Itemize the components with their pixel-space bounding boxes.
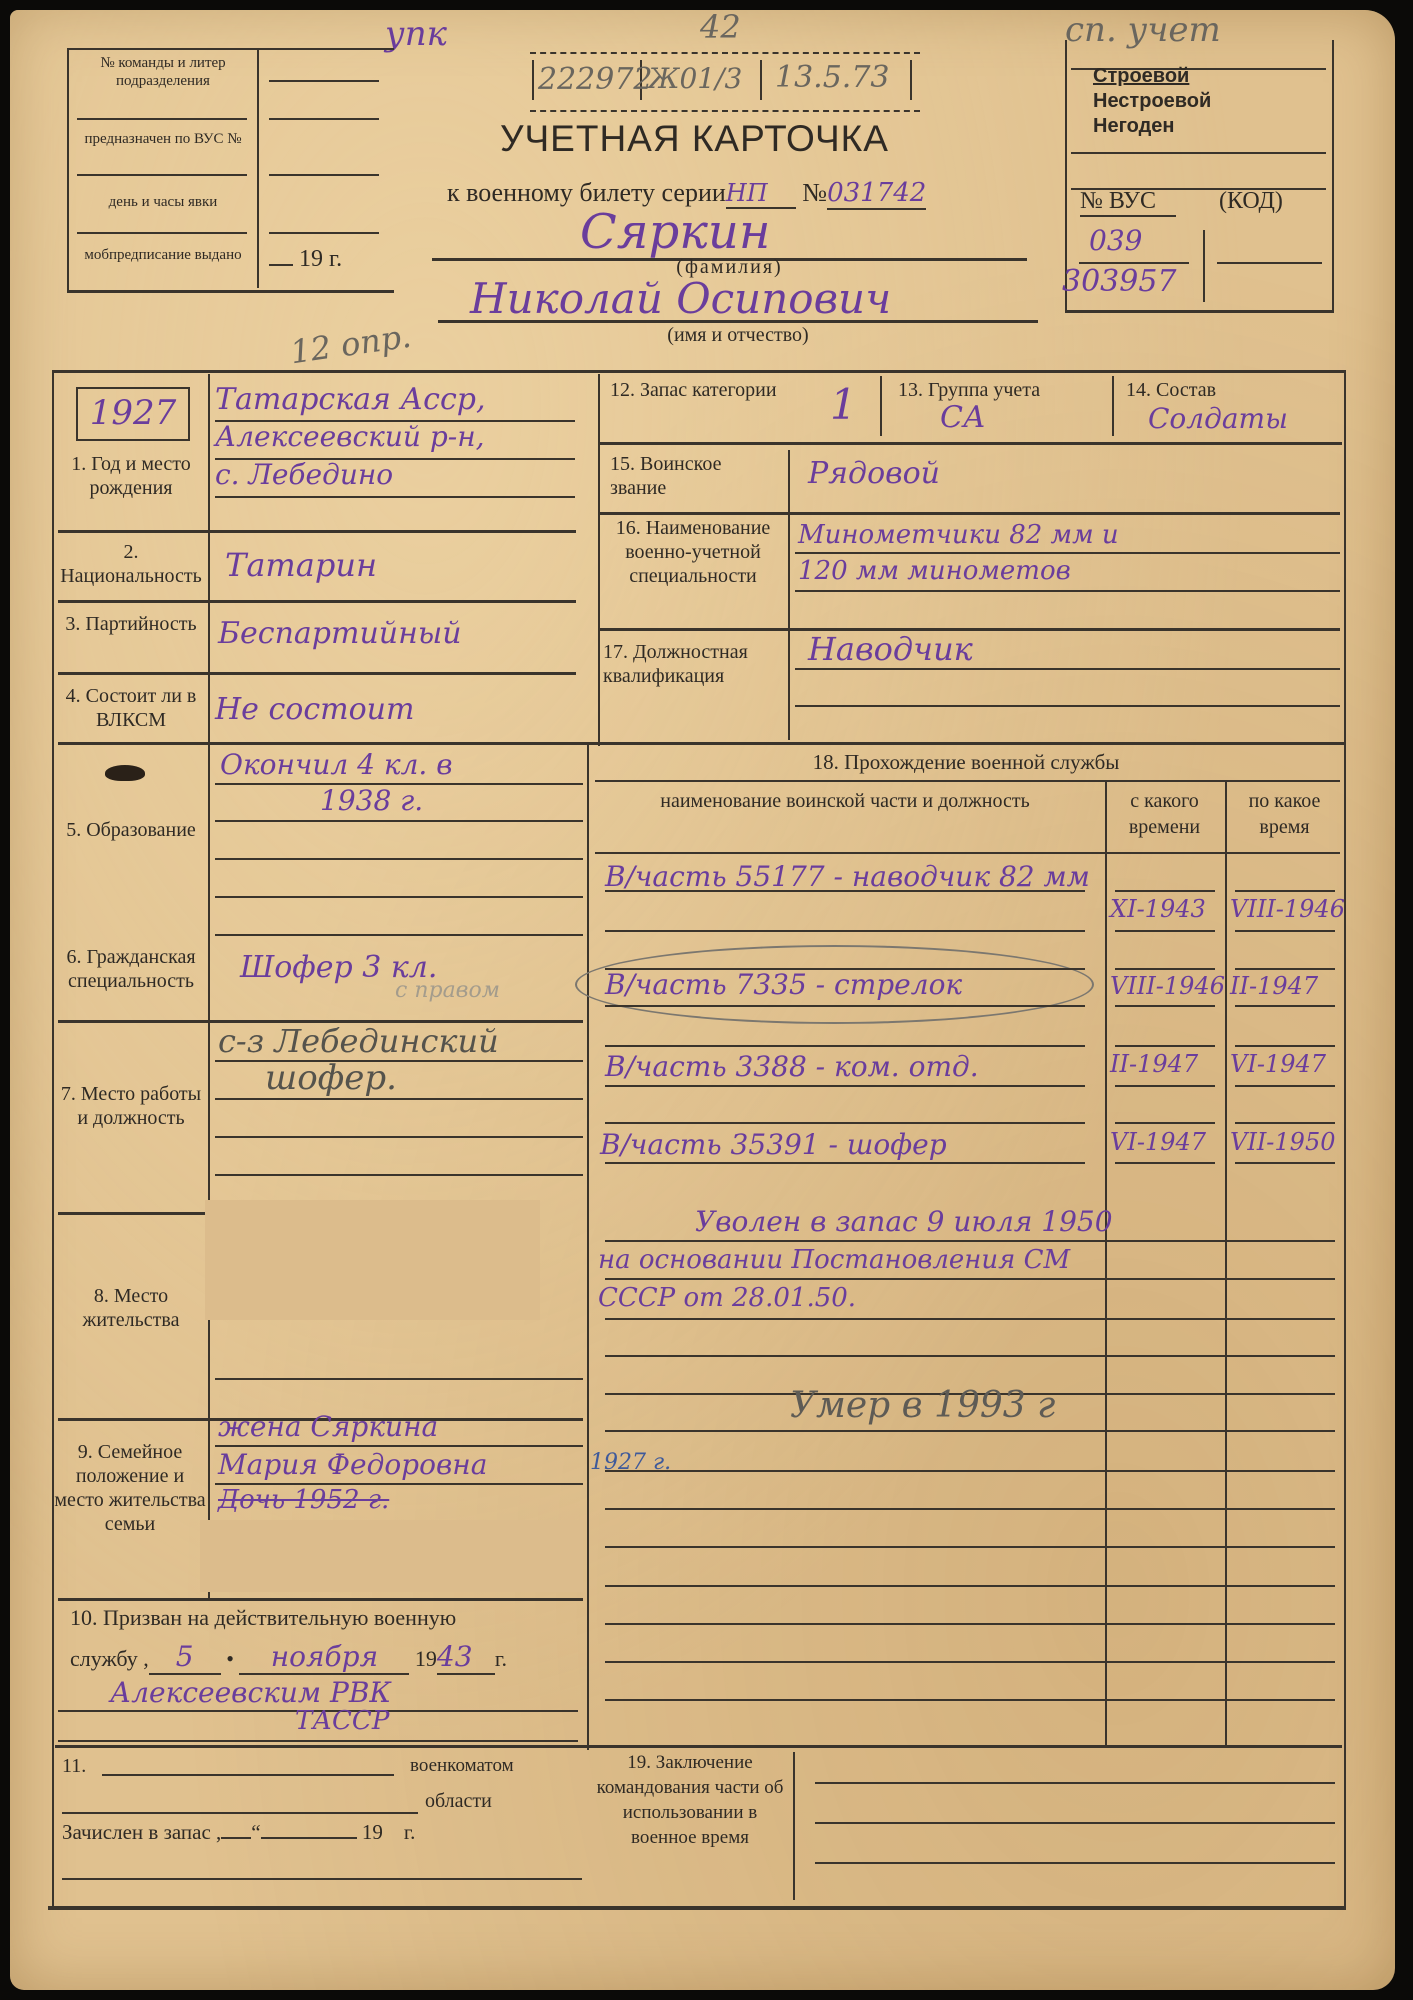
- conscription-month: ноября: [239, 1640, 409, 1675]
- field-19-label: 19. Заключение командования части об исп…: [595, 1750, 785, 1850]
- field-16-label: 16. Наименование военно-учетной специаль…: [598, 516, 788, 588]
- service-row-from: II-1947: [1110, 1050, 1198, 1078]
- label-mob-order: мобпредписание выдано: [73, 246, 253, 264]
- conscription-office-line-1: Алексеевским РВК: [110, 1676, 391, 1709]
- field-14-label: 14. Состав: [1126, 378, 1216, 402]
- label-arrival-time: день и часы явки: [73, 193, 253, 211]
- fitness-option-line: Строевой: [1093, 64, 1189, 89]
- field-11-number: 11.: [62, 1755, 86, 1778]
- voenkomat-label: военкоматом: [410, 1755, 514, 1777]
- education-line-1: Окончил 4 кл. в: [220, 748, 453, 781]
- education-line-2: 1938 г.: [320, 784, 423, 817]
- code-label: (КОД): [1219, 188, 1283, 215]
- service-col-from: с какого времени: [1107, 788, 1222, 840]
- discharge-line-1: Уволен в запас 9 июля 1950: [695, 1205, 1113, 1238]
- military-rank: Рядовой: [808, 456, 940, 491]
- family-line-1: жена Сяркина: [218, 1410, 438, 1443]
- service-section-title: 18. Прохождение военной службы: [590, 750, 1342, 775]
- fitness-option-nonline: Нестроевой: [1093, 89, 1211, 114]
- stamp-date: 13.5.73: [775, 60, 890, 95]
- field-10-label: 10. Призван на действительную военную: [70, 1605, 456, 1631]
- discharge-line-2: на основании Постановления СМ: [598, 1245, 1070, 1275]
- field-15-label: 15. Воинское звание: [610, 452, 780, 500]
- birth-place-line-1: Татарская Асср,: [215, 382, 486, 417]
- service-row-to: VI-1947: [1230, 1050, 1326, 1078]
- stamp-code: Ж01/3: [648, 62, 742, 95]
- service-row-unit: В/часть 35391 - шофер: [600, 1128, 947, 1161]
- party-value: Беспартийный: [218, 616, 462, 651]
- service-row-from: VIII-1946: [1110, 972, 1225, 1000]
- discharge-line-3: СССР от 28.01.50.: [598, 1283, 856, 1313]
- stamp-number: 222972: [538, 62, 653, 97]
- field-4-label: 4. Состоит ли в ВЛКСМ: [55, 684, 207, 732]
- field-8-label: 8. Место жительства: [58, 1284, 204, 1332]
- mob-order-year: 19 г.: [269, 246, 342, 273]
- surname: Сяркин: [580, 204, 770, 260]
- service-row-to: II-1947: [1230, 972, 1318, 1000]
- service-col-unit: наименование воинской части и должность: [595, 788, 1095, 814]
- civil-specialty-pencil: с правом: [395, 978, 500, 1003]
- service-row-from: XI-1943: [1110, 895, 1206, 923]
- label-team-number: № команды и литер подразделения: [73, 54, 253, 90]
- field-1-label: 1. Год и место рождения: [58, 452, 204, 500]
- redacted-address: [205, 1200, 540, 1320]
- ticket-prefix: к военному билету серии: [447, 178, 726, 207]
- field-13-label: 13. Группа учета: [898, 378, 1040, 402]
- service-row-to: VII-1950: [1230, 1128, 1335, 1156]
- death-note: Умер в 1993 г: [790, 1385, 1055, 1426]
- ticket-number: 031742: [827, 178, 926, 210]
- registration-stamp: 222972 Ж01/3 13.5.73: [530, 52, 920, 112]
- qualification-value: Наводчик: [808, 630, 973, 668]
- document-title: УЧЕТНАЯ КАРТОЧКА: [500, 118, 889, 160]
- mobilization-box: № команды и литер подразделения предназн…: [67, 48, 394, 293]
- conscription-day: 5: [149, 1640, 221, 1675]
- fitness-box: Строевой Нестроевой Негоден № ВУС (КОД) …: [1065, 40, 1334, 313]
- vus-label: № ВУС: [1080, 188, 1176, 217]
- nationality-value: Татарин: [225, 546, 377, 584]
- punch-hole-mark: [105, 765, 145, 781]
- name-caption: (имя и отчество): [438, 324, 1038, 347]
- komsomol-value: Не состоит: [215, 692, 414, 727]
- field-9-label: 9. Семейное положение и место жительства…: [52, 1440, 208, 1536]
- field-6-label: 6. Гражданская специальность: [58, 945, 204, 993]
- name-patronymic: Николай Осипович: [470, 274, 891, 323]
- service-row-to: VIII-1946: [1230, 895, 1345, 923]
- vus-value: 039: [1089, 224, 1142, 257]
- oblast-label: области: [425, 1790, 492, 1813]
- service-row-unit: В/часть 55177 - наводчик 82 мм: [605, 860, 1090, 893]
- registration-group: СА: [940, 400, 986, 435]
- workplace-line-2: шофер.: [265, 1058, 397, 1098]
- conscription-date: службу ,5 • ноября 1943г.: [70, 1640, 507, 1675]
- field-2-label: 2. Национальность: [58, 540, 204, 588]
- field-5-label: 5. Образование: [58, 818, 204, 842]
- redacted-family-address: [200, 1520, 583, 1592]
- birth-year: 1927: [78, 389, 188, 437]
- composition-value: Солдаты: [1148, 402, 1288, 435]
- workplace-line-1: с-з Лебединский: [218, 1022, 499, 1060]
- code-value: 303957: [1062, 264, 1177, 299]
- birth-year-box: 1927: [76, 387, 190, 441]
- family-line-3: Дочь 1952 г.: [218, 1485, 389, 1515]
- family-line-2: Мария Федоровна: [218, 1448, 487, 1481]
- conscription-office-line-2: ТАССР: [295, 1706, 389, 1736]
- fitness-option-unfit: Негоден: [1093, 114, 1174, 139]
- birth-place-line-2: Алексеевский р-н,: [215, 420, 485, 453]
- field-12-label: 12. Запас категории: [610, 378, 780, 402]
- specialty-line-1: Минометчики 82 мм и: [798, 520, 1119, 550]
- service-row-unit: В/часть 7335 - стрелок: [605, 968, 962, 1001]
- annotation-upk: упк: [385, 14, 447, 54]
- specialty-line-2: 120 мм минометов: [798, 556, 1071, 586]
- field-7-label: 7. Место работы и должность: [58, 1082, 204, 1130]
- reserve-category: 1: [830, 380, 857, 429]
- conscription-year: 43: [437, 1640, 495, 1675]
- enrolled-reserve: Зачислен в запас ,“ 19 г.: [62, 1820, 415, 1845]
- field-17-label: 17. Должностная квалификация: [603, 640, 788, 688]
- annotation-42: 42: [700, 8, 741, 46]
- service-col-to: по какое время: [1227, 788, 1342, 840]
- service-row-from: VI-1947: [1110, 1128, 1206, 1156]
- label-vus-assigned: предназначен по ВУС №: [73, 130, 253, 148]
- service-row-unit: В/часть 3388 - ком. отд.: [605, 1050, 979, 1083]
- birth-place-line-3: с. Лебедино: [215, 458, 393, 491]
- field-3-label: 3. Партийность: [58, 612, 204, 636]
